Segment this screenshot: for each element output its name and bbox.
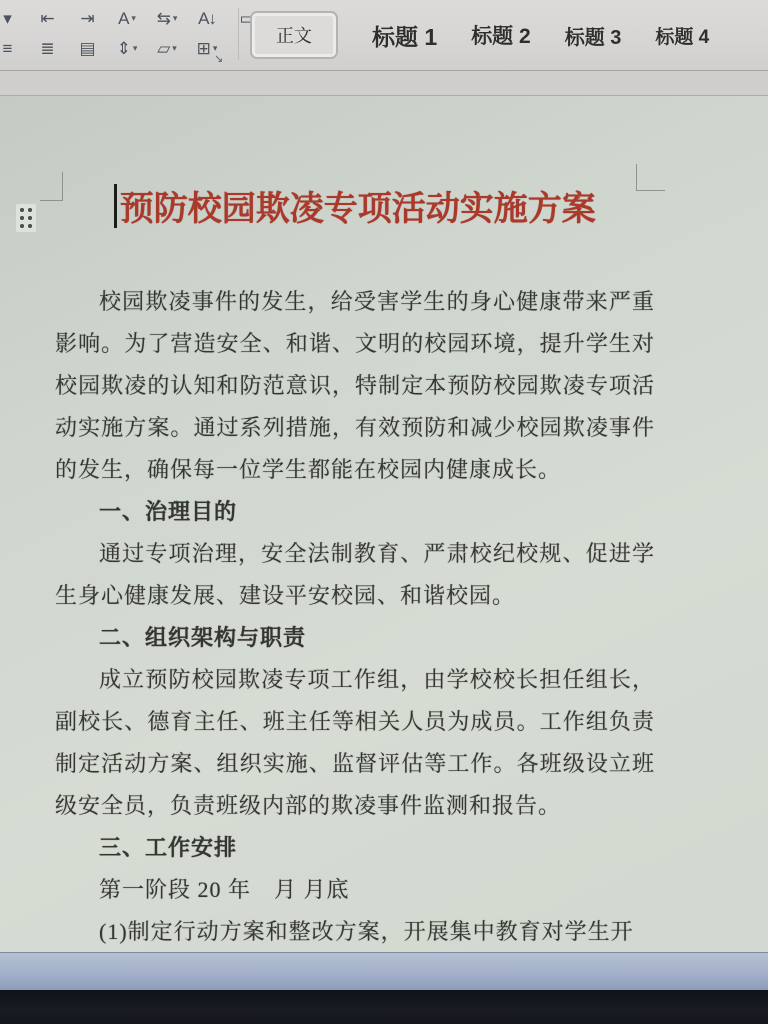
- paragraph[interactable]: 成立预防校园欺凌专项工作组，由学校校长担任组长，副校长、德育主任、班主任等相关人…: [55, 659, 655, 827]
- paragraph[interactable]: 通过专项治理，安全法制教育、严肃校纪校规、促进学生身心健康发展、建设平安校园、和…: [55, 533, 655, 617]
- paragraph[interactable]: 校园欺凌事件的发生，给受害学生的身心健康带来严重影响。为了营造安全、和谐、文明的…: [55, 281, 655, 491]
- toolbar-row-1: ▾ ⇤ ⇥ A ⇆ A↓ ▭: [0, 4, 262, 33]
- document-page[interactable]: 预防校园欺凌专项活动实施方案 校园欺凌事件的发生，给受害学生的身心健康带来严重影…: [0, 95, 768, 953]
- document-title-text: 预防校园欺凌专项活动实施方案: [120, 191, 596, 228]
- section-heading[interactable]: 一、治理目的: [55, 491, 655, 533]
- document-title[interactable]: 预防校园欺凌专项活动实施方案: [55, 184, 655, 234]
- screen: ▾ ⇤ ⇥ A ⇆ A↓ ▭ ≡ ≣ ▤ ⇕ ▱ ⊞ ↘ 正文 标题 1 标题 …: [0, 0, 768, 1024]
- char-convert-icon[interactable]: ⇆: [152, 4, 182, 33]
- indent-increase-icon[interactable]: ⇥: [72, 4, 102, 33]
- status-bar: [0, 952, 768, 991]
- paragraph[interactable]: 第一阶段 20 年 月 月底: [55, 869, 655, 911]
- document-workspace: 预防校园欺凌专项活动实施方案 校园欺凌事件的发生，给受害学生的身心健康带来严重影…: [0, 70, 768, 952]
- style-chip-heading4[interactable]: 标题 4: [655, 22, 709, 49]
- text-cursor: [114, 184, 117, 228]
- paragraph[interactable]: (1)制定行动方案和整改方案，开展集中教育对学生开: [55, 911, 655, 953]
- sort-icon[interactable]: A↓: [192, 4, 222, 33]
- align-justify-icon[interactable]: ≡: [0, 34, 22, 63]
- align-distribute-icon[interactable]: ≣: [32, 34, 62, 63]
- toolbar-divider: [238, 8, 239, 60]
- style-chip-body[interactable]: 正文: [250, 11, 338, 59]
- style-chip-heading1[interactable]: 标题 1: [372, 19, 437, 52]
- style-chip-heading3[interactable]: 标题 3: [565, 21, 622, 50]
- line-spacing-icon[interactable]: ⇕: [112, 34, 142, 63]
- grid-text-icon[interactable]: ▤: [72, 34, 102, 63]
- text-effects-icon[interactable]: A: [112, 4, 142, 33]
- toolbar: ▾ ⇤ ⇥ A ⇆ A↓ ▭ ≡ ≣ ▤ ⇕ ▱ ⊞ ↘ 正文 标题 1 标题 …: [0, 0, 768, 71]
- section-heading[interactable]: 三、工作安排: [55, 827, 655, 869]
- indent-decrease-icon[interactable]: ⇤: [32, 4, 62, 33]
- screen-bezel: [0, 990, 768, 1024]
- style-gallery: 正文 标题 1 标题 2 标题 3 标题 4: [250, 0, 768, 70]
- style-chip-heading2[interactable]: 标题 2: [471, 20, 531, 50]
- shading-icon[interactable]: ▱: [152, 34, 182, 63]
- dialog-launcher-icon[interactable]: ↘: [214, 52, 223, 65]
- document-text-area[interactable]: 预防校园欺凌专项活动实施方案 校园欺凌事件的发生，给受害学生的身心健康带来严重影…: [0, 96, 768, 953]
- caret-down-icon[interactable]: ▾: [0, 4, 22, 33]
- section-heading[interactable]: 二、组织架构与职责: [55, 617, 655, 659]
